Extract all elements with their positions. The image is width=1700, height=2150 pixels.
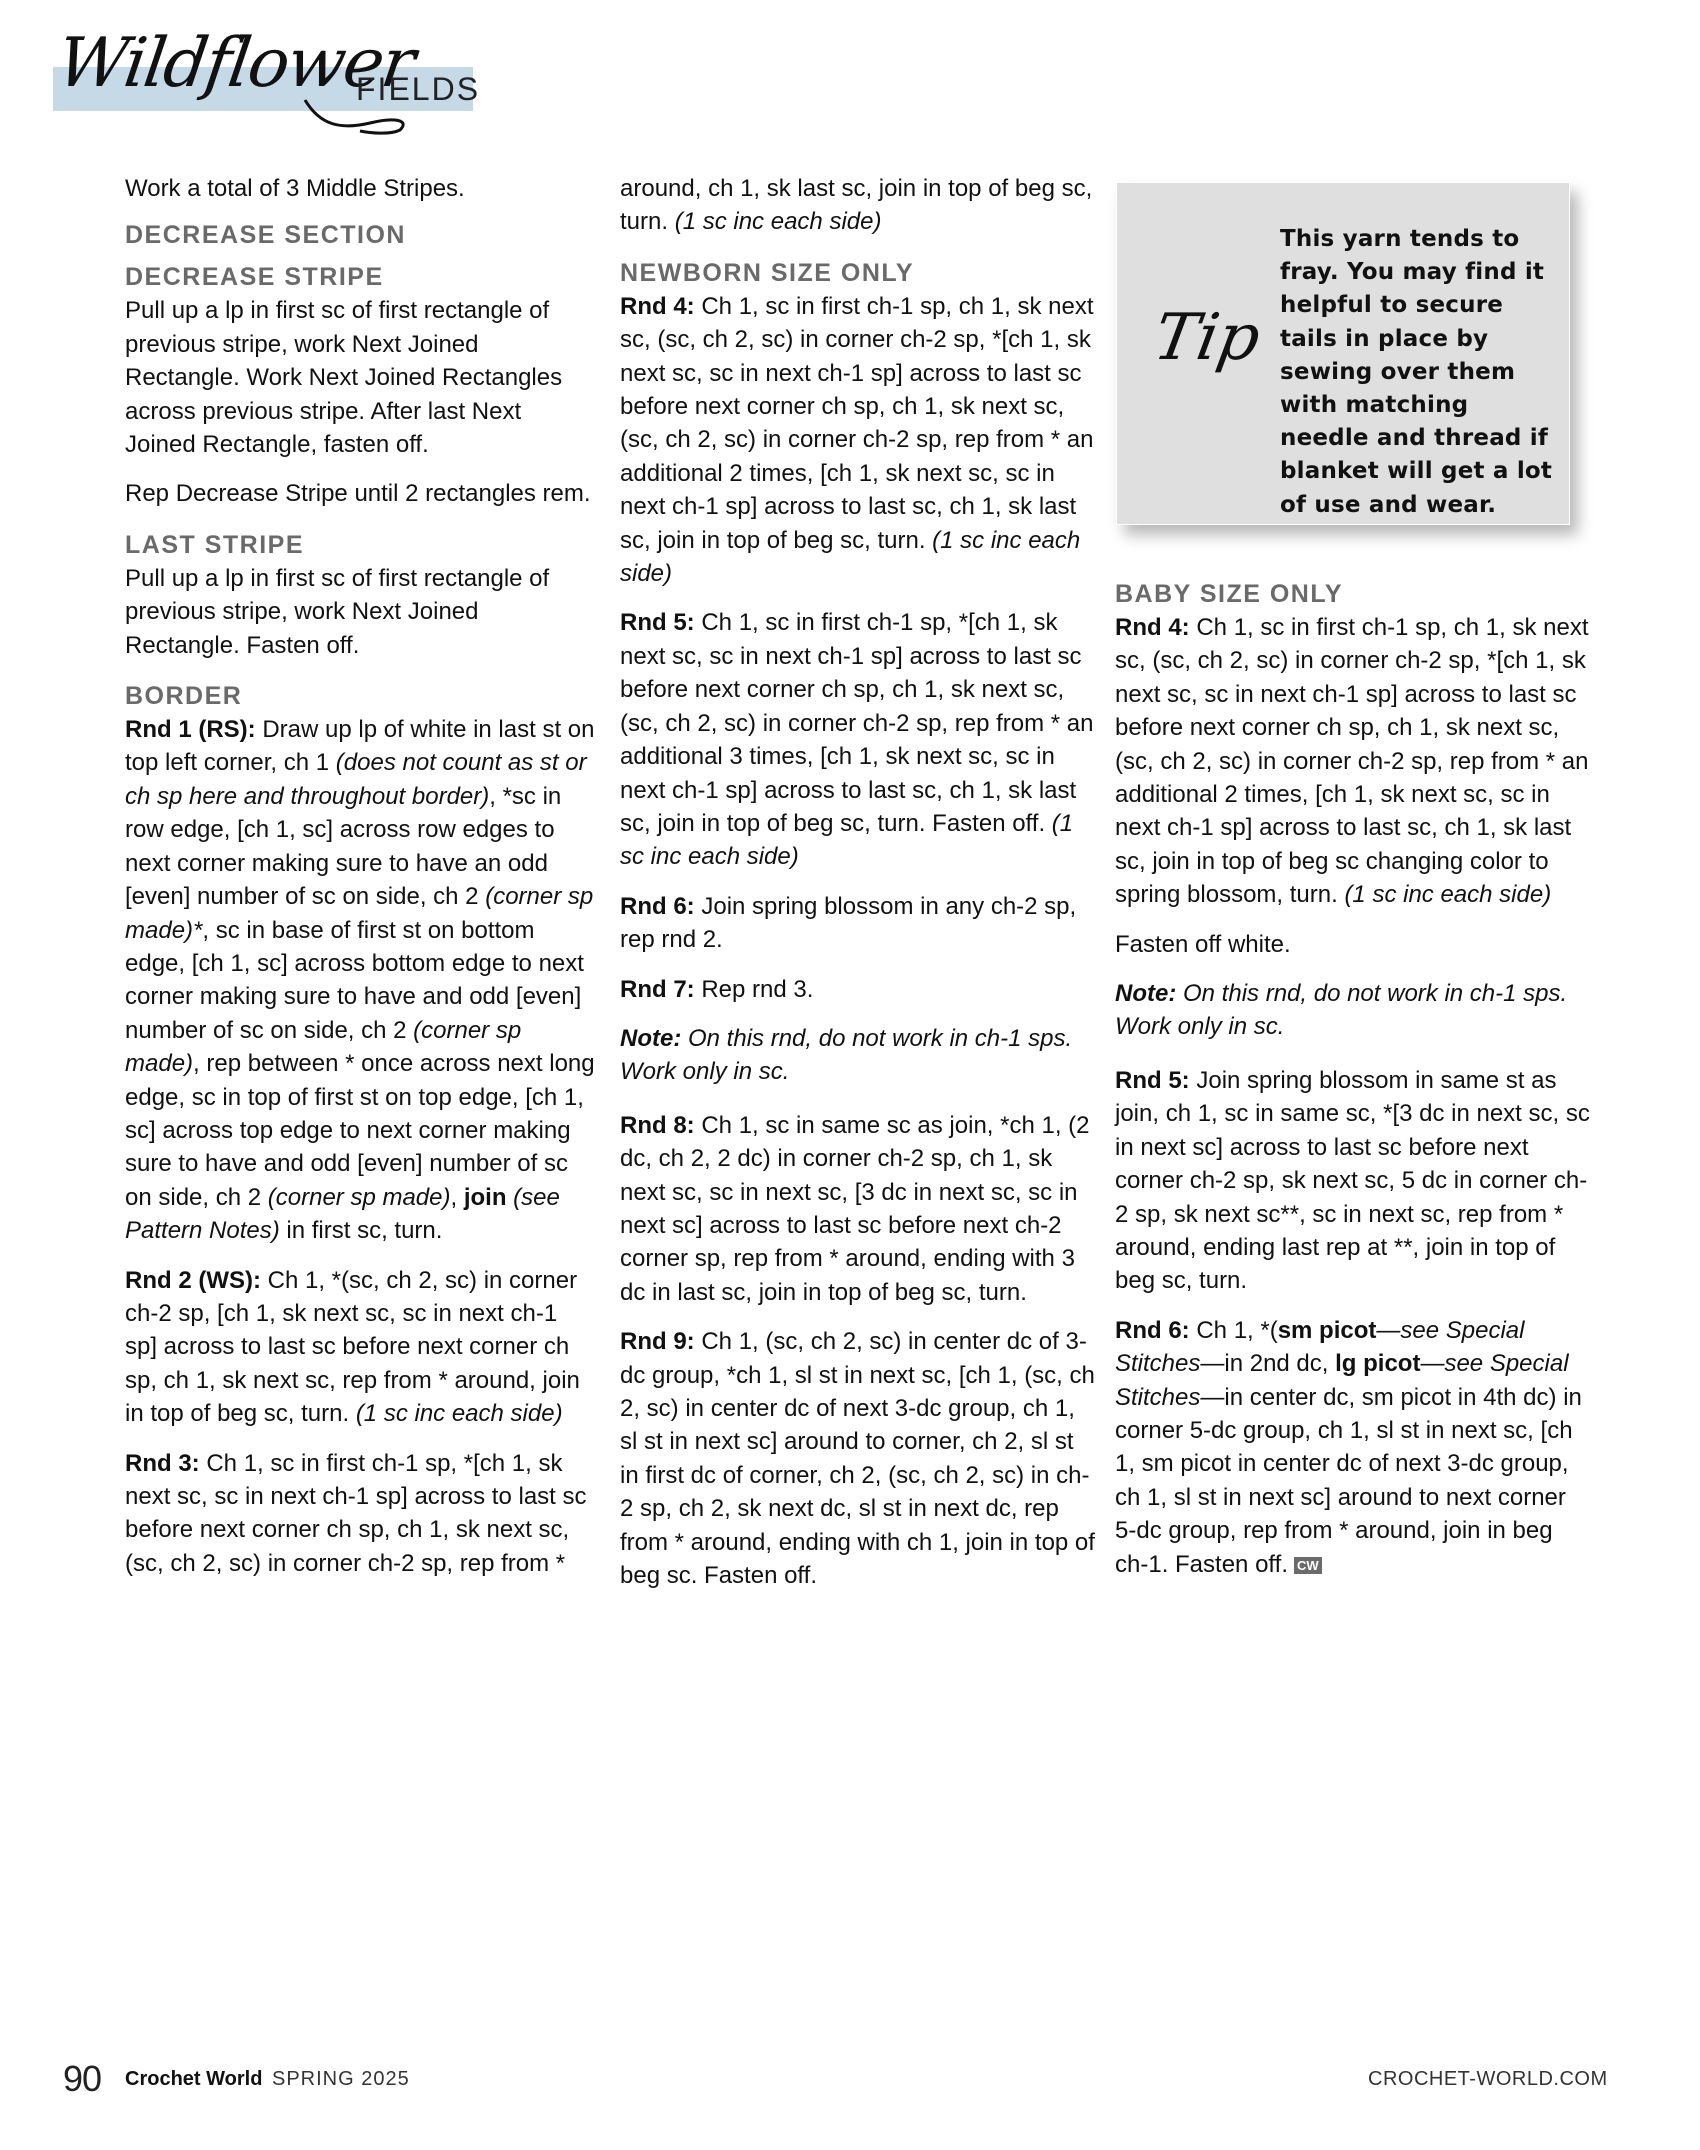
rnd-label: Rnd 2 (WS): — [125, 1267, 261, 1294]
rnd-label: Rnd 5: — [620, 609, 695, 636]
rnd-term: sm picot — [1278, 1317, 1377, 1344]
rnd-text: in center dc, sm picot in 4th dc) in cor… — [1115, 1384, 1582, 1578]
title-caps: FIELDS — [356, 70, 480, 108]
note-label: Note: — [620, 1025, 681, 1052]
rnd-label: Rnd 8: — [620, 1112, 695, 1139]
heading-decrease-section: DECREASE SECTION — [125, 219, 595, 252]
decrease-stripe-text: Pull up a lp in first sc of first rectan… — [125, 294, 595, 461]
border-rnd-3: Rnd 3: Ch 1, sc in first ch-1 sp, *[ch 1… — [125, 1447, 595, 1581]
rnd-text: in 2nd dc, — [1224, 1350, 1335, 1377]
newborn-rnd-4: Rnd 4: Ch 1, sc in first ch-1 sp, ch 1, … — [620, 290, 1095, 591]
rnd-label: Rnd 7: — [620, 976, 695, 1003]
rnd-text: Ch 1, sc in first ch-1 sp, ch 1, sk next… — [620, 293, 1094, 554]
newborn-note: Note: On this rnd, do not work in ch-1 s… — [620, 1022, 1095, 1089]
rnd-text: Ch 1, sc in first ch-1 sp, ch 1, sk next… — [1115, 614, 1589, 908]
newborn-rnd-7: Rnd 7: Rep rnd 3. — [620, 973, 1095, 1006]
rnd-label: Rnd 6: — [620, 893, 695, 920]
tip-script-label: Tip — [1148, 301, 1265, 375]
heading-newborn-size: NEWBORN SIZE ONLY — [620, 257, 1095, 290]
rnd-text: Rep rnd 3. — [695, 976, 814, 1003]
newborn-rnd-9: Rnd 9: Ch 1, (sc, ch 2, sc) in center dc… — [620, 1325, 1095, 1592]
rnd-note: (1 sc inc each side) — [675, 208, 882, 235]
note-text: On this rnd, do not work in ch-1 sps. Wo… — [1115, 980, 1567, 1040]
rnd-label: Rnd 5: — [1115, 1067, 1190, 1094]
column-1: Work a total of 3 Middle Stripes. DECREA… — [125, 172, 595, 1596]
rnd-note: (corner sp made) — [268, 1184, 451, 1211]
note-text: On this rnd, do not work in ch-1 sps. Wo… — [620, 1025, 1072, 1085]
newborn-rnd-5: Rnd 5: Ch 1, sc in first ch-1 sp, *[ch 1… — [620, 606, 1095, 873]
rnd-label: Rnd 4: — [1115, 614, 1190, 641]
rnd-note: (1 sc inc each side) — [356, 1400, 563, 1427]
rnd-text: Ch 1, *( — [1190, 1317, 1278, 1344]
page-number: 90 — [63, 2058, 101, 2100]
heading-baby-size: BABY SIZE ONLY — [1115, 578, 1590, 611]
baby-fasten-off: Fasten off white. — [1115, 928, 1590, 961]
tip-box: Tip This yarn tends to fray. You may fin… — [1116, 182, 1570, 525]
heading-border: BORDER — [125, 680, 595, 713]
rnd-text: , — [451, 1184, 464, 1211]
border-rnd-2: Rnd 2 (WS): Ch 1, *(sc, ch 2, sc) in cor… — [125, 1264, 595, 1431]
tip-text: This yarn tends to fray. You may find it… — [1280, 223, 1560, 522]
intro-text: Work a total of 3 Middle Stripes. — [125, 172, 595, 205]
heading-last-stripe: LAST STRIPE — [125, 529, 595, 562]
note-label: Note: — [1115, 980, 1176, 1007]
baby-rnd-6: Rnd 6: Ch 1, *(sm picot—see Special Stit… — [1115, 1314, 1590, 1581]
rnd-text: in first sc, turn. — [280, 1217, 443, 1244]
rnd-text: Ch 1, sc in first ch-1 sp, *[ch 1, sk ne… — [620, 609, 1094, 836]
magazine-issue: SPRING 2025 — [272, 2068, 410, 2091]
rnd-term: lg picot — [1335, 1350, 1420, 1377]
baby-note: Note: On this rnd, do not work in ch-1 s… — [1115, 977, 1590, 1044]
column-2: around, ch 1, sk last sc, join in top of… — [620, 172, 1095, 1608]
website-url[interactable]: CROCHET-WORLD.COM — [1368, 2068, 1608, 2091]
rnd-3-continued: around, ch 1, sk last sc, join in top of… — [620, 172, 1095, 239]
rnd-label: Rnd 1 (RS): — [125, 716, 256, 743]
rnd-label: Rnd 3: — [125, 1450, 200, 1477]
last-stripe-text: Pull up a lp in first sc of first rectan… — [125, 562, 595, 662]
baby-rnd-5: Rnd 5: Join spring blossom in same st as… — [1115, 1064, 1590, 1298]
rnd-label: Rnd 6: — [1115, 1317, 1190, 1344]
rnd-note: (1 sc inc each side) — [1344, 881, 1551, 908]
heading-decrease-stripe: DECREASE STRIPE — [125, 261, 595, 294]
rnd-label: Rnd 9: — [620, 1328, 695, 1355]
rnd-text: Ch 1, (sc, ch 2, sc) in center dc of 3-d… — [620, 1328, 1095, 1589]
column-3: BABY SIZE ONLY Rnd 4: Ch 1, sc in first … — [1115, 578, 1590, 1597]
rnd-text: Join spring blossom in same st as join, … — [1115, 1067, 1590, 1294]
rnd-label: Rnd 4: — [620, 293, 695, 320]
newborn-rnd-6: Rnd 6: Join spring blossom in any ch-2 s… — [620, 890, 1095, 957]
baby-rnd-4: Rnd 4: Ch 1, sc in first ch-1 sp, ch 1, … — [1115, 611, 1590, 912]
rnd-text: Ch 1, sc in same sc as join, *ch 1, (2 d… — [620, 1112, 1090, 1306]
newborn-rnd-8: Rnd 8: Ch 1, sc in same sc as join, *ch … — [620, 1109, 1095, 1309]
decrease-stripe-rep: Rep Decrease Stripe until 2 rectangles r… — [125, 477, 595, 510]
magazine-brand: Crochet World — [125, 2068, 262, 2091]
rnd-term: join — [464, 1184, 507, 1211]
border-rnd-1: Rnd 1 (RS): Draw up lp of white in last … — [125, 713, 595, 1248]
end-of-article-badge: CW — [1294, 1557, 1322, 1574]
